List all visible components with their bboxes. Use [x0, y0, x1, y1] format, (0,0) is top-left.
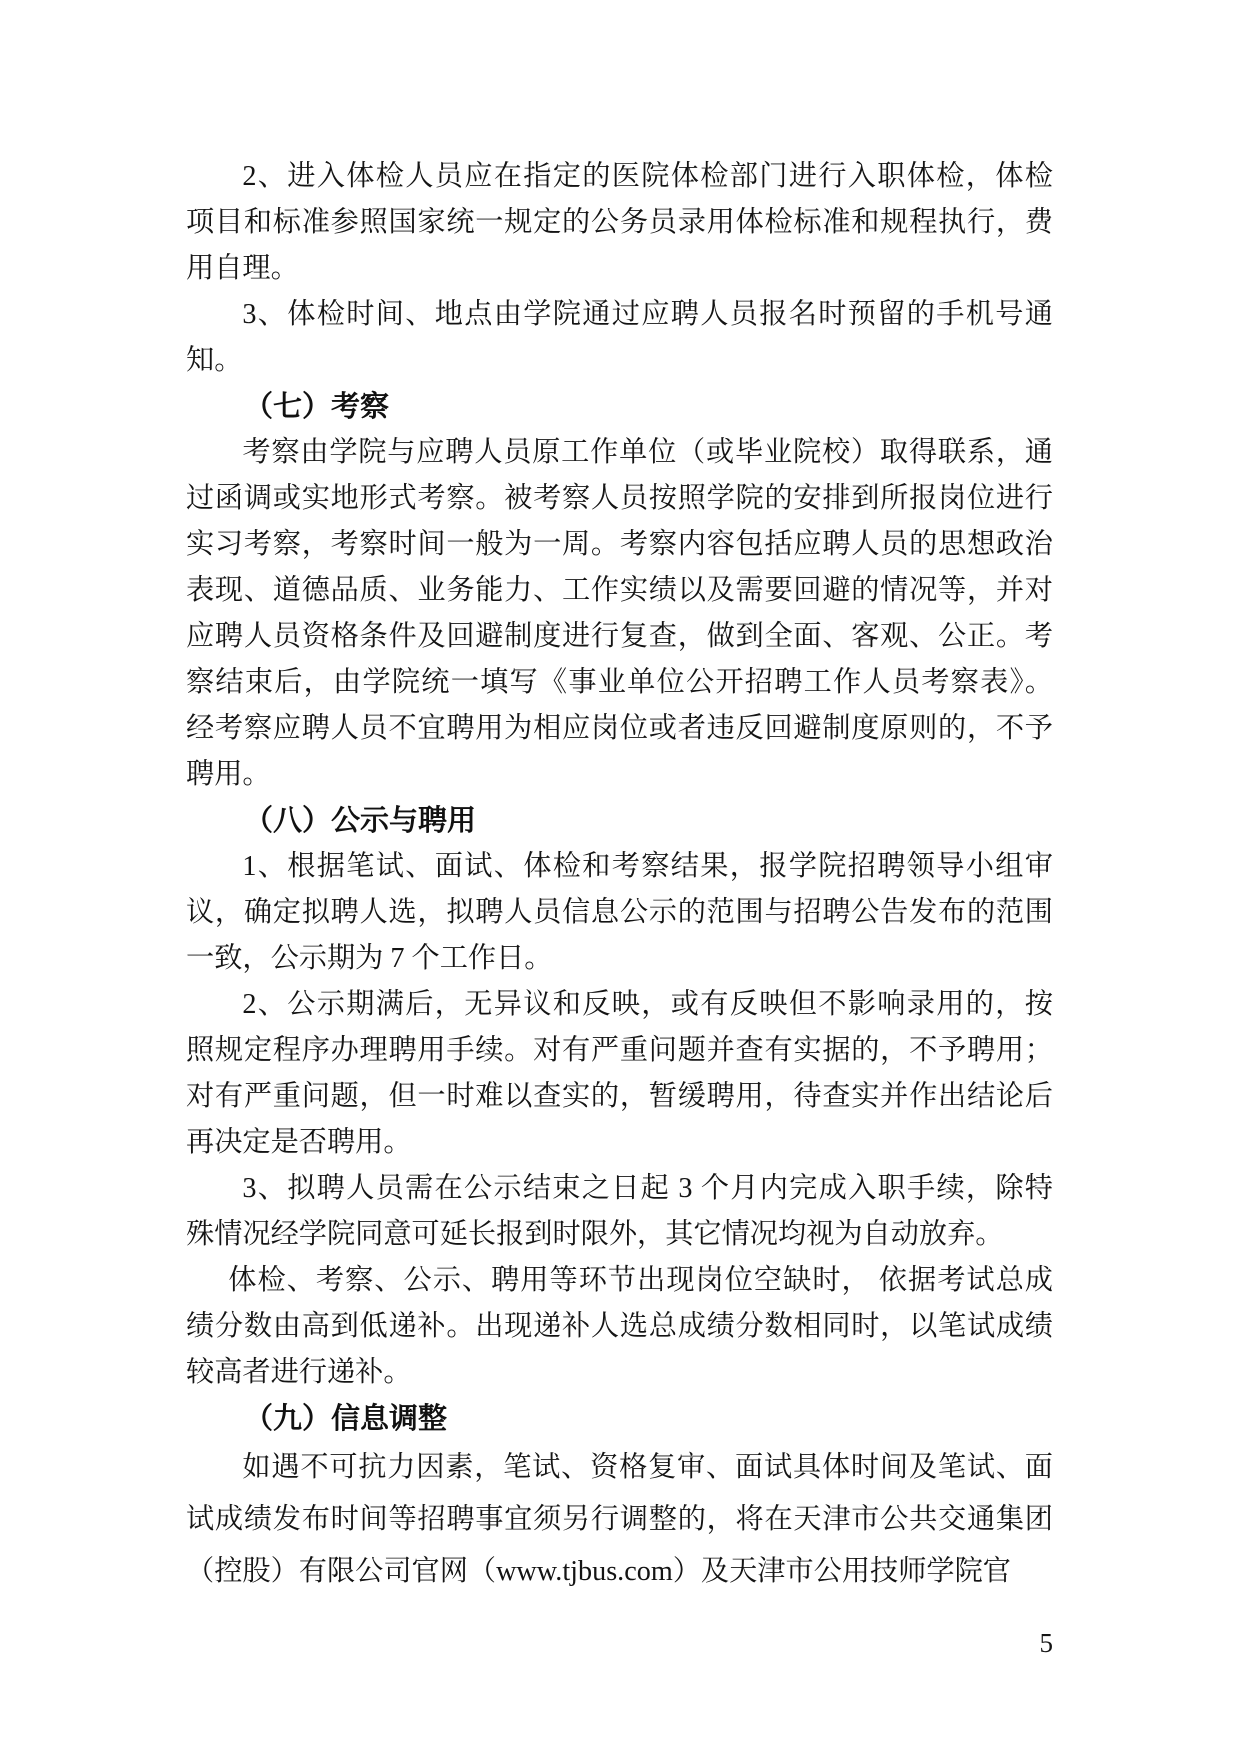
page-number: 5: [186, 1622, 1053, 1664]
document-page: 2、进入体检人员应在指定的医院体检部门进行入职体检，体检项目和标准参照国家统一规…: [0, 0, 1240, 1753]
text-line: 表现、道德品质、业务能力、工作实绩以及需要回避的情况等，并对: [186, 568, 1053, 614]
text-line: 考察由学院与应聘人员原工作单位（或毕业院校）取得联系，通: [186, 430, 1053, 476]
text-line: 应聘人员资格条件及回避制度进行复查，做到全面、客观、公正。考: [186, 614, 1053, 660]
text-line: 察结束后，由学院统一填写《事业单位公开招聘工作人员考察表》。: [186, 660, 1053, 706]
text-line: 殊情况经学院同意可延长报到时限外，其它情况均视为自动放弃。: [186, 1212, 1053, 1258]
text-line: 一致，公示期为 7 个工作日。: [186, 936, 1053, 982]
text-line: 试成绩发布时间等招聘事宜须另行调整的，将在天津市公共交通集团: [186, 1494, 1053, 1546]
document-body: 2、进入体检人员应在指定的医院体检部门进行入职体检，体检项目和标准参照国家统一规…: [186, 154, 1053, 1598]
text-line: 对有严重问题，但一时难以查实的，暂缓聘用，待查实并作出结论后: [186, 1074, 1053, 1120]
text-line: 项目和标准参照国家统一规定的公务员录用体检标准和规程执行，费: [186, 200, 1053, 246]
text-line: 聘用。: [186, 752, 1053, 798]
section-heading: （八）公示与聘用: [186, 798, 1053, 844]
paragraph: 3、体检时间、地点由学院通过应聘人员报名时预留的手机号通知。: [186, 292, 1053, 384]
text-line: 3、拟聘人员需在公示结束之日起 3 个月内完成入职手续，除特: [186, 1166, 1053, 1212]
text-line: 较高者进行递补。: [186, 1350, 1053, 1396]
text-line: 议，确定拟聘人选，拟聘人员信息公示的范围与招聘公告发布的范围: [186, 890, 1053, 936]
paragraph: 考察由学院与应聘人员原工作单位（或毕业院校）取得联系，通过函调或实地形式考察。被…: [186, 430, 1053, 798]
paragraph: 2、公示期满后，无异议和反映，或有反映但不影响录用的，按照规定程序办理聘用手续。…: [186, 982, 1053, 1166]
paragraph: 2、进入体检人员应在指定的医院体检部门进行入职体检，体检项目和标准参照国家统一规…: [186, 154, 1053, 292]
text-line: 知。: [186, 338, 1053, 384]
text-line: 体检、考察、公示、聘用等环节出现岗位空缺时， 依据考试总成: [186, 1258, 1053, 1304]
section-heading: （九）信息调整: [186, 1396, 1053, 1442]
paragraph: 如遇不可抗力因素，笔试、资格复审、面试具体时间及笔试、面试成绩发布时间等招聘事宜…: [186, 1442, 1053, 1598]
text-line: 经考察应聘人员不宜聘用为相应岗位或者违反回避制度原则的，不予: [186, 706, 1053, 752]
paragraph: 体检、考察、公示、聘用等环节出现岗位空缺时， 依据考试总成绩分数由高到低递补。出…: [186, 1258, 1053, 1396]
text-line: 绩分数由高到低递补。出现递补人选总成绩分数相同时，以笔试成绩: [186, 1304, 1053, 1350]
text-line: 2、进入体检人员应在指定的医院体检部门进行入职体检，体检: [186, 154, 1053, 200]
text-line: 1、根据笔试、面试、体检和考察结果，报学院招聘领导小组审: [186, 844, 1053, 890]
paragraph: 3、拟聘人员需在公示结束之日起 3 个月内完成入职手续，除特殊情况经学院同意可延…: [186, 1166, 1053, 1258]
text-line: 2、公示期满后，无异议和反映，或有反映但不影响录用的，按: [186, 982, 1053, 1028]
paragraph: 1、根据笔试、面试、体检和考察结果，报学院招聘领导小组审议，确定拟聘人选，拟聘人…: [186, 844, 1053, 982]
text-line: 用自理。: [186, 246, 1053, 292]
text-line: 3、体检时间、地点由学院通过应聘人员报名时预留的手机号通: [186, 292, 1053, 338]
text-line: 照规定程序办理聘用手续。对有严重问题并查有实据的，不予聘用；: [186, 1028, 1053, 1074]
text-line: 实习考察，考察时间一般为一周。考察内容包括应聘人员的思想政治: [186, 522, 1053, 568]
text-line: 如遇不可抗力因素，笔试、资格复审、面试具体时间及笔试、面: [186, 1442, 1053, 1494]
text-line: 过函调或实地形式考察。被考察人员按照学院的安排到所报岗位进行: [186, 476, 1053, 522]
section-heading: （七）考察: [186, 384, 1053, 430]
text-line: 再决定是否聘用。: [186, 1120, 1053, 1166]
text-line: （控股）有限公司官网（www.tjbus.com）及天津市公用技师学院官: [186, 1546, 1053, 1598]
